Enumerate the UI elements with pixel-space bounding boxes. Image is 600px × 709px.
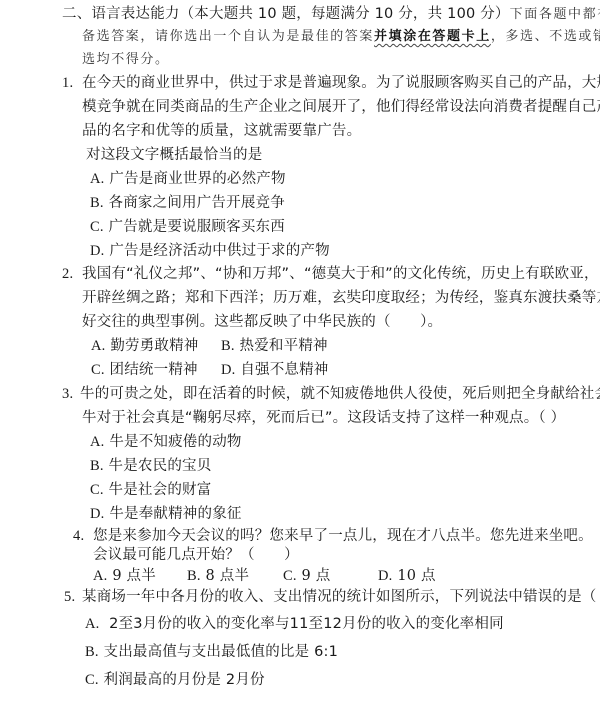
option-text: 8 点半 [206, 568, 250, 584]
option-text: 勤劳勇敢精神 [110, 338, 198, 354]
option-letter: C. [283, 568, 297, 584]
option-letter: A. [90, 434, 105, 450]
option-letter: C. [90, 219, 104, 235]
option-text: 利润最高的月份是 2月份 [104, 672, 265, 688]
option-letter: D. [378, 568, 393, 584]
option-text: 团结统一精神 [110, 362, 198, 378]
question-3-line-2: 牛对于社会真是“鞠躬尽瘁，死而后已”。这段话支持了这样一种观点。（ ） [82, 408, 565, 428]
option-a[interactable]: A. 勤劳勇敢精神 [91, 336, 199, 356]
question-number: 3. [62, 384, 80, 404]
option-d[interactable]: D. 10 点 [378, 566, 436, 586]
option-text: 广告就是要说服顾客买东西 [109, 219, 285, 235]
option-text: 牛是社会的财富 [109, 482, 212, 498]
option-text: 9 点 [302, 568, 331, 584]
emphasis-fill-answer-card: 并填涂在答题卡上 [374, 29, 491, 44]
option-letter: D. [90, 243, 105, 259]
option-text: 支出最高值与支出最低值的比是 6:1 [104, 644, 339, 660]
option-text: 2至3月份的收入的变化率与11至12月份的收入的变化率相同 [109, 616, 504, 632]
option-b[interactable]: B. 牛是农民的宝贝 [90, 456, 211, 476]
question-1-prompt: 对这段文字概括最恰当的是 [86, 145, 262, 165]
option-d[interactable]: D. 广告是经济活动中供过于求的产物 [90, 241, 330, 261]
question-2-line-1: 2.我国有“礼仪之邦”、“协和万邦”、“德莫大于和”的文化传统，历史上有联欧亚， [62, 264, 599, 284]
question-3-line-1: 3.牛的可贵之处，即在活着的时候，就不知疲倦地供人役使，死后则把全身献给社会。 [62, 384, 600, 404]
option-text: 热爱和平精神 [240, 338, 328, 354]
section-note-line-3: 选均不得分。 [82, 50, 170, 70]
section-note: 下面各题中都有 4 个 [510, 7, 600, 22]
option-letter: B. [187, 568, 201, 584]
question-2-line-2: 开辟丝绸之路；郑和下西洋；历万难，玄奘印度取经；为传经，鉴真东渡扶桑等友 [82, 288, 600, 308]
question-number: 4. [73, 526, 93, 546]
question-text: 在今天的商业世界中，供过于求是普遍现象。为了说服顾客购买自己的产品，大规 [82, 75, 600, 91]
note-text: 备选答案，请你选出一个自认为是最佳的答案 [82, 29, 374, 44]
option-b[interactable]: B. 热爱和平精神 [221, 336, 328, 356]
option-text: 10 点 [397, 568, 435, 584]
question-4-line-1: 4.您是来参加今天会议的吗？您来早了一点儿，现在才八点半。您先进来坐吧。 [73, 526, 593, 546]
question-number: 2. [62, 264, 82, 284]
option-b[interactable]: B. 8 点半 [187, 566, 249, 586]
section-note-line-2: 备选答案，请你选出一个自认为是最佳的答案并填涂在答题卡上，多选、不选或错 [82, 27, 600, 47]
option-text: 9 点半 [112, 568, 156, 584]
option-letter: B. [90, 195, 104, 211]
question-text: 我国有“礼仪之邦”、“协和万邦”、“德莫大于和”的文化传统，历史上有联欧亚， [82, 266, 599, 282]
option-b[interactable]: B. 各商家之间用广告开展竞争 [90, 193, 285, 213]
question-2-line-3: 好交往的典型事例。这些都反映了中华民族的（ ）。 [82, 312, 442, 332]
option-b[interactable]: B. 支出最高值与支出最低值的比是 6:1 [85, 642, 338, 662]
option-letter: C. [91, 362, 105, 378]
option-letter: D. [90, 506, 105, 522]
option-c[interactable]: C. 广告就是要说服顾客买东西 [90, 217, 285, 237]
question-number: 1. [62, 73, 82, 93]
section-header: 二、语言表达能力（本大题共 10 题，每题满分 10 分，共 100 分）下面各… [62, 4, 600, 25]
option-letter: A. [85, 616, 100, 632]
option-letter: A. [91, 338, 106, 354]
question-1-line-2: 模竞争就在同类商品的生产企业之间展开了，他们得经常设法向消费者提醒自己产 [82, 97, 600, 117]
option-d[interactable]: D. 自强不息精神 [221, 360, 329, 380]
question-text: 某商场一年中各月份的收入、支出情况的统计如图所示，下列说法中错误的是（ ）。 [82, 589, 600, 605]
option-a[interactable]: A. 2至3月份的收入的变化率与11至12月份的收入的变化率相同 [85, 614, 504, 634]
option-c[interactable]: C. 9 点 [283, 566, 330, 586]
option-letter: D. [221, 362, 236, 378]
option-text: 牛是奉献精神的象征 [109, 506, 241, 522]
option-c[interactable]: C. 牛是社会的财富 [90, 480, 211, 500]
option-c[interactable]: C. 利润最高的月份是 2月份 [85, 670, 265, 690]
question-text: 牛的可贵之处，即在活着的时候，就不知疲倦地供人役使，死后则把全身献给社会。 [80, 386, 600, 402]
option-letter: A. [90, 171, 105, 187]
option-text: 广告是商业世界的必然产物 [109, 171, 285, 187]
option-a[interactable]: A. 广告是商业世界的必然产物 [90, 169, 286, 189]
option-text: 各商家之间用广告开展竞争 [109, 195, 285, 211]
option-letter: B. [90, 458, 104, 474]
option-text: 牛是不知疲倦的动物 [109, 434, 241, 450]
option-a[interactable]: A. 牛是不知疲倦的动物 [90, 432, 242, 452]
section-title: 二、语言表达能力（本大题共 10 题，每题满分 10 分，共 100 分） [62, 6, 510, 22]
note-text: ，多选、不选或错 [491, 29, 600, 44]
option-c[interactable]: C. 团结统一精神 [91, 360, 198, 380]
option-text: 自强不息精神 [240, 362, 328, 378]
option-letter: B. [85, 644, 99, 660]
option-d[interactable]: D. 牛是奉献精神的象征 [90, 504, 242, 524]
option-letter: A. [93, 568, 108, 584]
question-1-line-3: 品的名字和优等的质量，这就需要靠广告。 [82, 121, 361, 141]
option-text: 广告是经济活动中供过于求的产物 [109, 243, 330, 259]
question-1-line-1: 1.在今天的商业世界中，供过于求是普遍现象。为了说服顾客购买自己的产品，大规 [62, 73, 600, 93]
question-number: 5. [64, 587, 82, 607]
question-5-line-1: 5.某商场一年中各月份的收入、支出情况的统计如图所示，下列说法中错误的是（ ）。 [64, 587, 600, 607]
option-a[interactable]: A. 9 点半 [93, 566, 156, 586]
option-letter: C. [85, 672, 99, 688]
option-letter: B. [221, 338, 235, 354]
option-letter: C. [90, 482, 104, 498]
question-4-line-2: 会议最可能几点开始？（ ） [93, 545, 299, 565]
question-text: 您是来参加今天会议的吗？您来早了一点儿，现在才八点半。您先进来坐吧。 [93, 528, 593, 544]
option-text: 牛是农民的宝贝 [109, 458, 212, 474]
